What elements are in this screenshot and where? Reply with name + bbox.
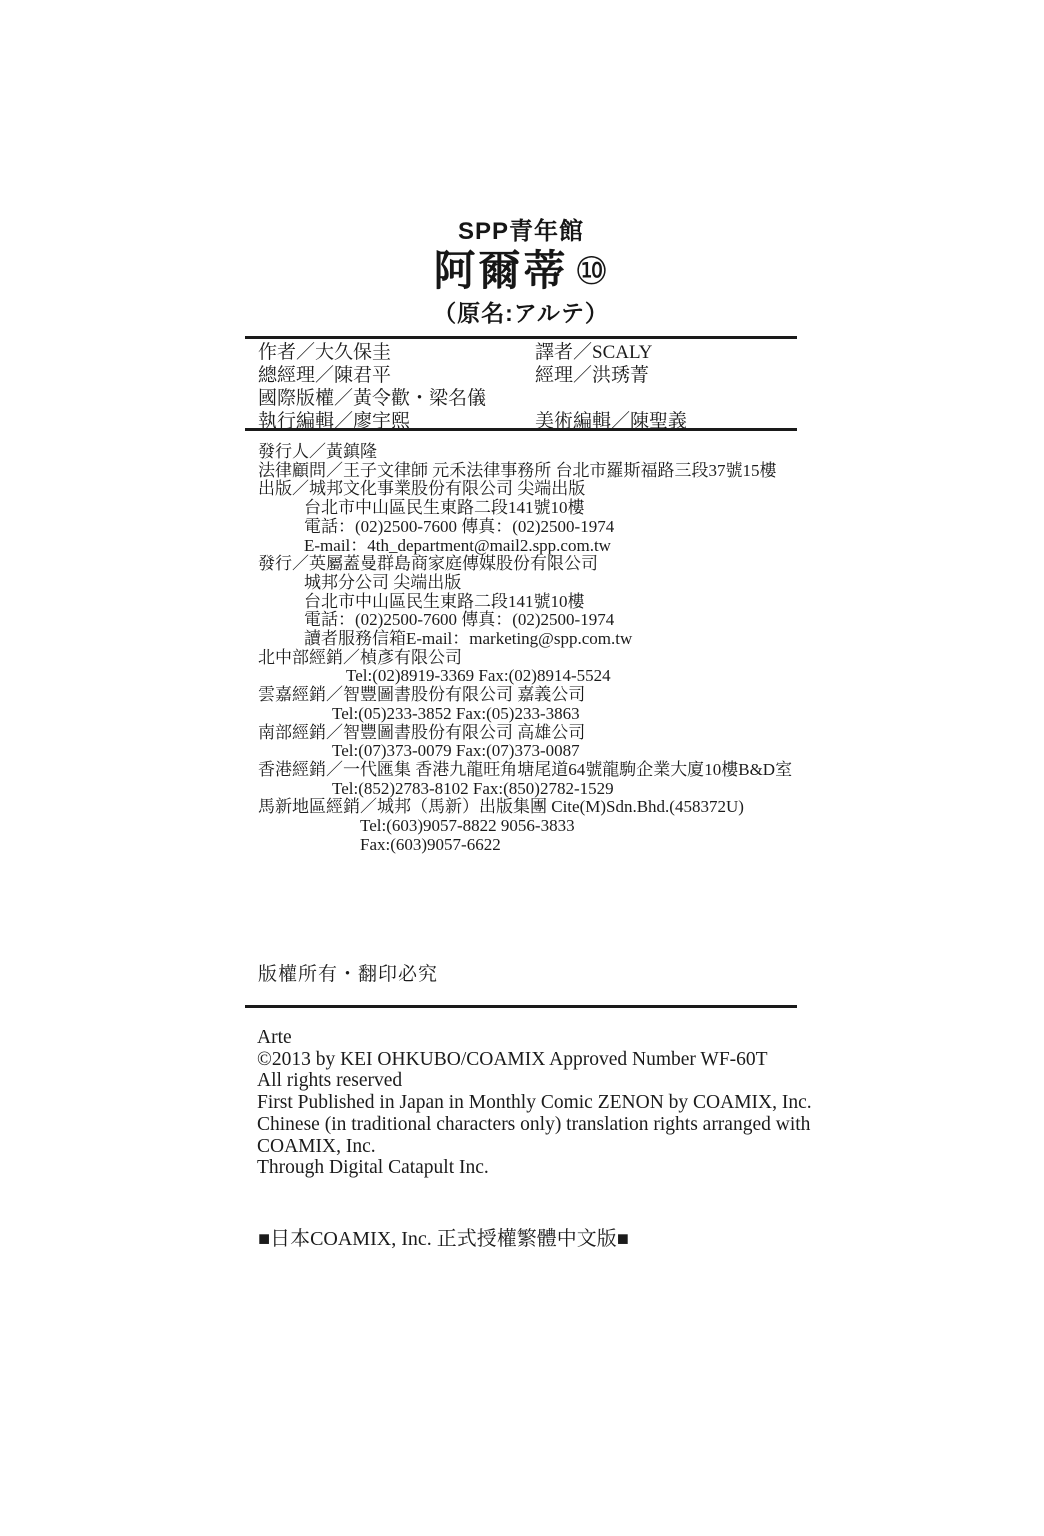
credits-block: 作者／大久保圭 譯者／SCALY 總經理／陳君平 經理／洪琇菁 國際版權／黃令歡… bbox=[258, 341, 798, 433]
publisher-line: 台北市中山區民生東路二段141號10樓 bbox=[258, 499, 818, 518]
publisher-block: 發行人／黃鎮隆 法律顧問／王子文律師 元禾法律事務所 台北市羅斯福路三段37號1… bbox=[258, 443, 818, 854]
publisher-line: 法律顧問／王子文律師 元禾法律事務所 台北市羅斯福路三段37號15樓 bbox=[258, 462, 818, 481]
publisher-line: Tel:(05)233-3852 Fax:(05)233-3863 bbox=[258, 705, 818, 724]
credit-left-cell: 總經理／陳君平 bbox=[258, 364, 535, 387]
publisher-line: E-mail：4th_department@mail2.spp.com.tw bbox=[258, 537, 818, 556]
book-title-text: 阿爾蒂 bbox=[433, 247, 568, 294]
publisher-line: 城邦分公司 尖端出版 bbox=[258, 574, 818, 593]
english-rights-line: ©2013 by KEI OHKUBO/COAMIX Approved Numb… bbox=[257, 1049, 817, 1071]
colophon-page: SPP青年館 阿爾蒂⑩ （原名:アルテ） 作者／大久保圭 譯者／SCALY 總經… bbox=[0, 0, 1044, 1536]
publisher-line: 馬新地區經銷／城邦（馬新）出版集團 Cite(M)Sdn.Bhd.(458372… bbox=[258, 798, 818, 817]
publisher-line: Tel:(603)9057-8822 9056-3833 bbox=[258, 817, 818, 836]
publisher-line: 雲嘉經銷／智豐圖書股份有限公司 嘉義公司 bbox=[258, 686, 818, 705]
original-title: （原名:アルテ） bbox=[245, 301, 797, 326]
credit-row: 國際版權／黃令歡・梁名儀 bbox=[258, 387, 798, 410]
license-statement: ■日本COAMIX, Inc. 正式授權繁體中文版■ bbox=[258, 1227, 629, 1251]
credit-right-cell: 經理／洪琇菁 bbox=[535, 364, 798, 387]
credit-row: 總經理／陳君平 經理／洪琇菁 bbox=[258, 364, 798, 387]
divider-rule-bottom bbox=[245, 1005, 797, 1008]
english-rights-line: All rights reserved bbox=[257, 1070, 817, 1092]
publisher-line: 發行人／黃鎮隆 bbox=[258, 443, 818, 462]
publisher-line: 電話：(02)2500-7600 傳真：(02)2500-1974 bbox=[258, 611, 818, 630]
english-rights-line: Through Digital Catapult Inc. bbox=[257, 1157, 817, 1179]
divider-rule-credits bbox=[245, 428, 797, 431]
credit-left-cell: 國際版權／黃令歡・梁名儀 bbox=[258, 387, 535, 410]
credit-right-cell: 譯者／SCALY bbox=[535, 341, 798, 364]
publisher-line: Fax:(603)9057-6622 bbox=[258, 836, 818, 855]
english-rights-line: First Published in Japan in Monthly Comi… bbox=[257, 1092, 817, 1114]
credit-row: 作者／大久保圭 譯者／SCALY bbox=[258, 341, 798, 364]
publisher-line: 出版／城邦文化事業股份有限公司 尖端出版 bbox=[258, 480, 818, 499]
publisher-line: Tel:(852)2783-8102 Fax:(850)2782-1529 bbox=[258, 780, 818, 799]
english-rights-line: Arte bbox=[257, 1027, 817, 1049]
english-rights-block: Arte ©2013 by KEI OHKUBO/COAMIX Approved… bbox=[257, 1027, 817, 1179]
title-block: SPP青年館 阿爾蒂⑩ （原名:アルテ） bbox=[245, 219, 797, 326]
publisher-line: 香港經銷／一代匯集 香港九龍旺角塘尾道64號龍駒企業大廈10樓B&D室 bbox=[258, 761, 818, 780]
publisher-line: Tel:(07)373-0079 Fax:(07)373-0087 bbox=[258, 742, 818, 761]
english-rights-line: COAMIX, Inc. bbox=[257, 1136, 817, 1158]
publisher-line: 北中部經銷／楨彥有限公司 bbox=[258, 649, 818, 668]
publisher-line: 南部經銷／智豐圖書股份有限公司 高雄公司 bbox=[258, 724, 818, 743]
imprint-label: SPP青年館 bbox=[245, 219, 797, 245]
publisher-line: 發行／英屬蓋曼群島商家庭傳媒股份有限公司 bbox=[258, 555, 818, 574]
divider-rule-top bbox=[245, 336, 797, 339]
book-title: 阿爾蒂⑩ bbox=[245, 249, 797, 294]
english-rights-line: Chinese (in traditional characters only)… bbox=[257, 1114, 817, 1136]
volume-number-badge: ⑩ bbox=[574, 251, 608, 293]
publisher-line: 電話：(02)2500-7600 傳真：(02)2500-1974 bbox=[258, 518, 818, 537]
publisher-line: 台北市中山區民生東路二段141號10樓 bbox=[258, 593, 818, 612]
publisher-line: 讀者服務信箱E-mail：marketing@spp.com.tw bbox=[258, 630, 818, 649]
publisher-line: Tel:(02)8919-3369 Fax:(02)8914-5524 bbox=[258, 667, 818, 686]
credit-left-cell: 作者／大久保圭 bbox=[258, 341, 535, 364]
credit-right-cell bbox=[535, 387, 798, 410]
copyright-notice: 版權所有・翻印必究 bbox=[258, 964, 438, 986]
